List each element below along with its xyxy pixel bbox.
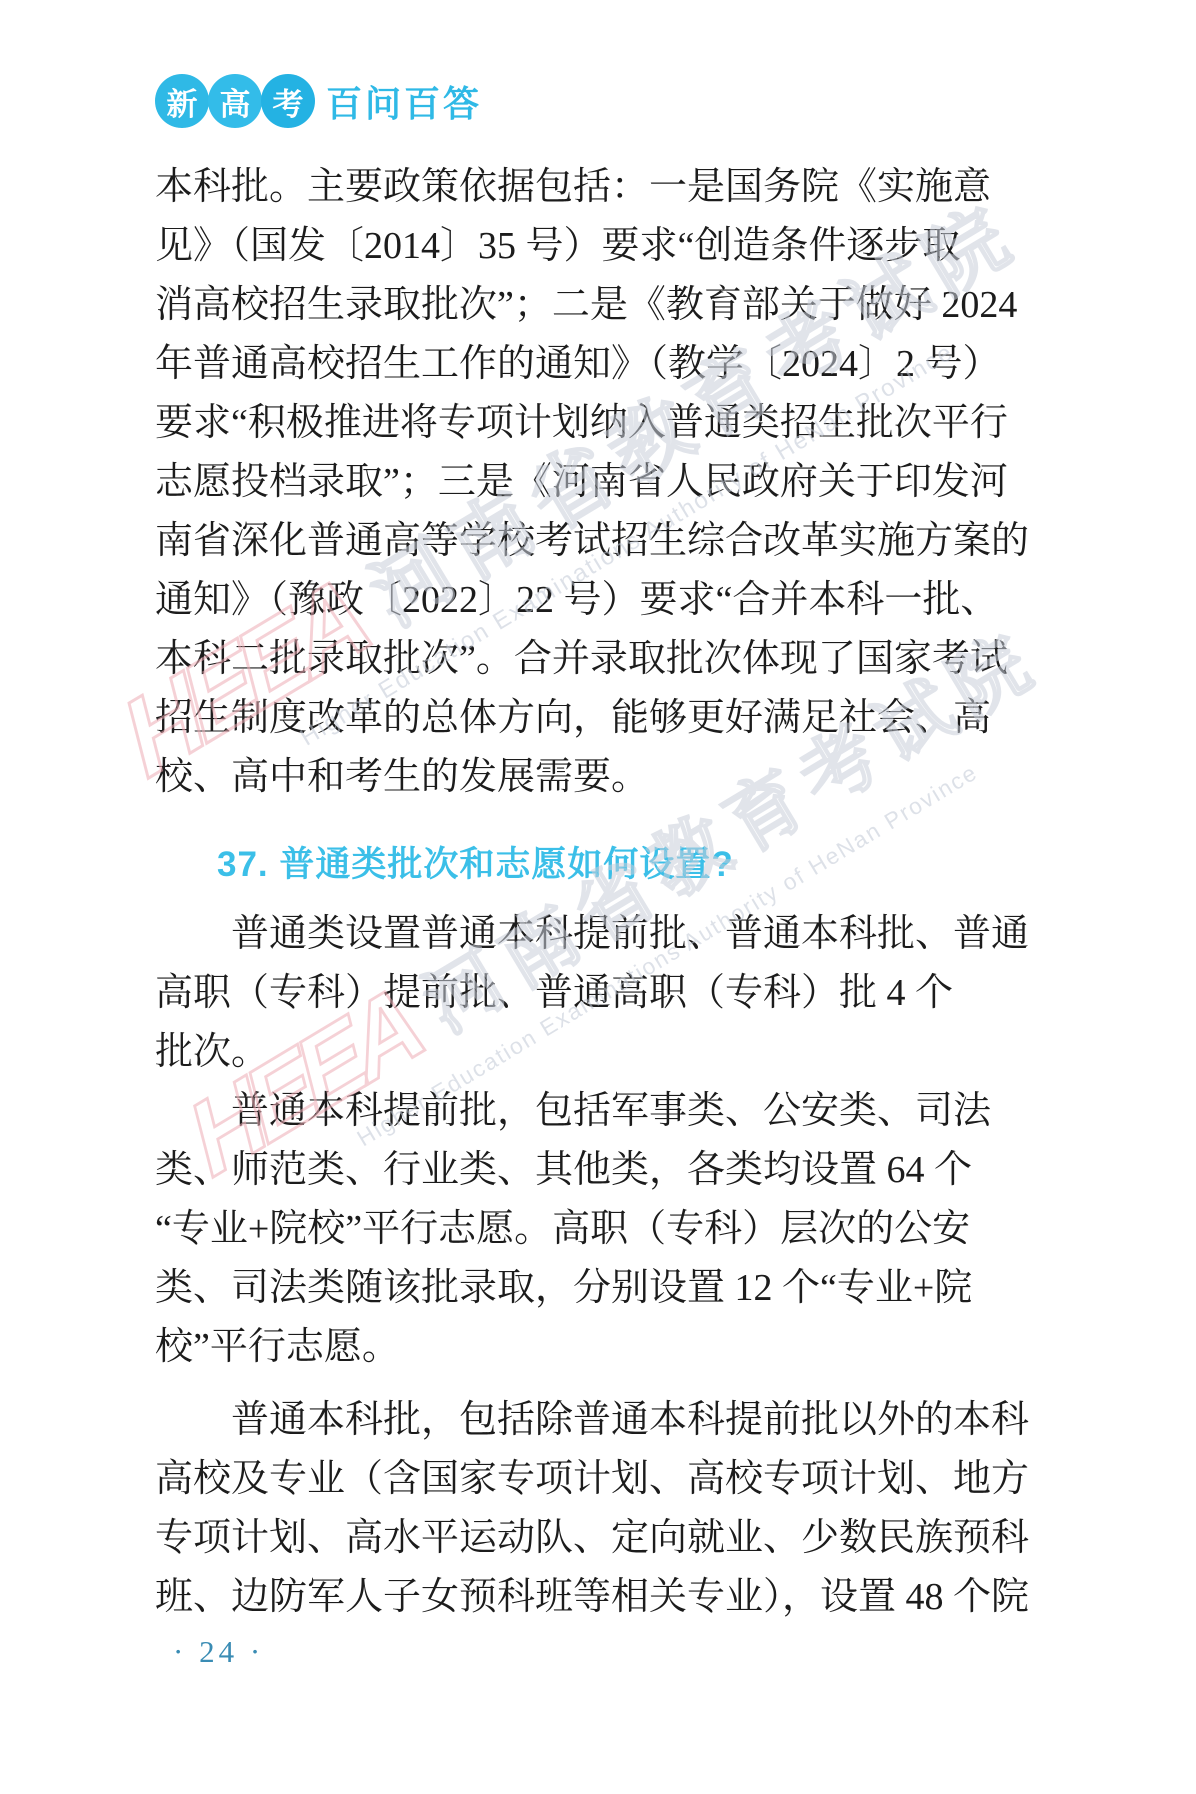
text-line: 本科二批录取批次”。合并录取批次体现了国家考试	[155, 630, 907, 689]
paragraph-2: 普通类设置普通本科提前批、普通本科批、普通 高职（专科）提前批、普通高职（专科）…	[155, 905, 907, 1082]
header-logo: 新 高 考 百问百答	[155, 72, 482, 130]
text-line: 本科批。主要政策依据包括：一是国务院《实施意	[155, 158, 907, 217]
paragraph-3: 普通本科提前批，包括军事类、公安类、司法 类、师范类、行业类、其他类，各类均设置…	[155, 1082, 907, 1377]
text-line: 批次。	[155, 1023, 907, 1082]
text-line: 普通本科批，包括除普通本科提前批以外的本科	[155, 1391, 907, 1450]
text-line: 南省深化普通高等学校考试招生综合改革实施方案的	[155, 512, 907, 571]
text-line: 类、司法类随该批录取，分别设置 12 个“专业+院	[155, 1259, 907, 1318]
paragraph-4: 普通本科批，包括除普通本科提前批以外的本科 高校及专业（含国家专项计划、高校专项…	[155, 1391, 907, 1627]
text-line: “专业+院校”平行志愿。高职（专科）层次的公安	[155, 1200, 907, 1259]
text-line: 年普通高校招生工作的通知》（教学〔2024〕2 号）	[155, 335, 907, 394]
logo-suffix-text: 百问百答	[326, 76, 482, 127]
text-line: 招生制度改革的总体方向，能够更好满足社会、高	[155, 689, 907, 748]
text-line: 高校及专业（含国家专项计划、高校专项计划、地方	[155, 1450, 907, 1509]
text-line: 见》（国发〔2014〕35 号）要求“创造条件逐步取	[155, 217, 907, 276]
text-line: 普通类设置普通本科提前批、普通本科批、普通	[155, 905, 907, 964]
text-line: 班、边防军人子女预科班等相关专业），设置 48 个院	[155, 1568, 907, 1627]
logo-circle-xin: 新	[155, 74, 209, 128]
text-line: 类、师范类、行业类、其他类，各类均设置 64 个	[155, 1141, 907, 1200]
text-line: 通知》（豫政〔2022〕22 号）要求“合并本科一批、	[155, 571, 907, 630]
text-line: 专项计划、高水平运动队、定向就业、少数民族预科	[155, 1509, 907, 1568]
text-line: 校、高中和考生的发展需要。	[155, 748, 907, 807]
book-page: 新 高 考 百问百答 本科批。主要政策依据包括：一是国务院《实施意 见》（国发〔…	[0, 0, 1196, 1794]
body-text: 本科批。主要政策依据包括：一是国务院《实施意 见》（国发〔2014〕35 号）要…	[155, 158, 907, 1627]
question-heading: 37. 普通类批次和志愿如何设置?	[217, 839, 907, 891]
text-line: 普通本科提前批，包括军事类、公安类、司法	[155, 1082, 907, 1141]
logo-circle-gao: 高	[208, 74, 262, 128]
text-line: 校”平行志愿。	[155, 1318, 907, 1377]
text-line: 要求“积极推进将专项计划纳入普通类招生批次平行	[155, 394, 907, 453]
logo-circle-kao: 考	[261, 74, 315, 128]
page-number: · 24 ·	[173, 1634, 264, 1670]
logo-circles: 新 高 考	[155, 74, 314, 128]
text-line: 高职（专科）提前批、普通高职（专科）批 4 个	[155, 964, 907, 1023]
text-line: 志愿投档录取”；三是《河南省人民政府关于印发河	[155, 453, 907, 512]
text-line: 消高校招生录取批次”；二是《教育部关于做好 2024	[155, 276, 907, 335]
paragraph-1: 本科批。主要政策依据包括：一是国务院《实施意 见》（国发〔2014〕35 号）要…	[155, 158, 907, 807]
